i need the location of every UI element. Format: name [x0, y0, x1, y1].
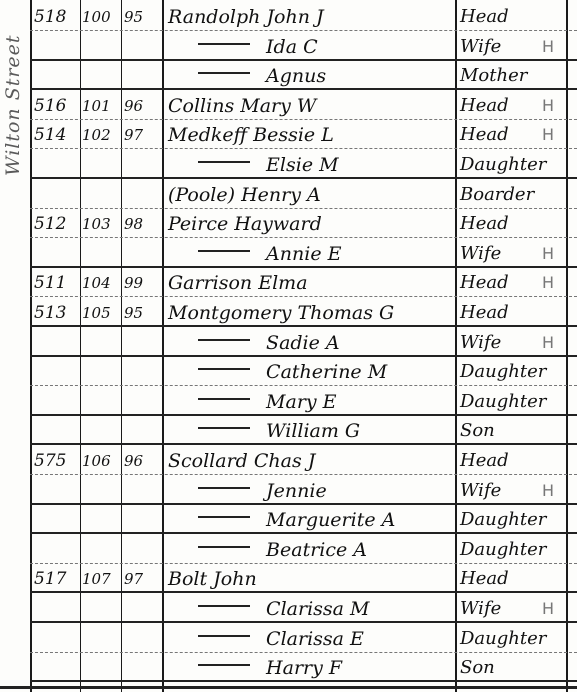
relation: Head — [460, 448, 552, 474]
person-name: Clarissa E — [168, 626, 483, 652]
person-name: Agnus — [168, 63, 483, 89]
relation: Daughter — [460, 359, 552, 385]
ditto-mark — [198, 546, 250, 548]
relation: Daughter — [460, 626, 552, 652]
family-number — [124, 626, 160, 652]
dwelling-number — [82, 182, 120, 208]
annotation-mark — [542, 152, 564, 178]
house-number — [34, 34, 80, 60]
family-number — [124, 478, 160, 504]
table-row: Clarissa E Daughter — [30, 624, 577, 653]
house-number — [34, 537, 80, 563]
person-name: Elsie M — [168, 152, 483, 178]
given-name: Ida C — [266, 36, 318, 58]
dwelling-number: 106 — [82, 448, 120, 474]
dwelling-number — [82, 241, 120, 267]
family-number: 96 — [124, 448, 160, 474]
bottom-rule — [0, 686, 577, 689]
dwelling-number: 107 — [82, 566, 120, 592]
house-number — [34, 596, 80, 622]
house-number — [34, 359, 80, 385]
given-name: Jennie — [266, 480, 327, 502]
table-row: Ida C Wife H — [30, 32, 577, 61]
house-number — [34, 418, 80, 444]
dwelling-number — [82, 626, 120, 652]
annotation-mark — [542, 537, 564, 563]
house-number: 514 — [34, 122, 80, 148]
house-number: 512 — [34, 211, 80, 237]
annotation-mark — [542, 211, 564, 237]
relation: Mother — [460, 63, 552, 89]
relation: Head — [460, 566, 552, 592]
given-name: Elsie M — [266, 154, 339, 176]
family-number: 95 — [124, 300, 160, 326]
table-row: Annie E Wife H — [30, 239, 577, 268]
table-row: Jennie Wife H — [30, 476, 577, 505]
house-number: 513 — [34, 300, 80, 326]
family-number: 99 — [124, 270, 160, 296]
annotation-mark: H — [542, 122, 564, 148]
ditto-mark — [198, 339, 250, 341]
person-name: Scollard Chas J — [168, 448, 453, 474]
family-number: 97 — [124, 566, 160, 592]
dwelling-number — [82, 537, 120, 563]
table-row: Marguerite A Daughter — [30, 505, 577, 534]
surname: Collins — [168, 95, 234, 117]
annotation-mark — [542, 655, 564, 681]
surname: Montgomery — [168, 302, 291, 324]
annotation-mark — [542, 389, 564, 415]
annotation-mark: H — [542, 93, 564, 119]
ditto-mark — [198, 605, 250, 607]
given-name: Catherine M — [266, 361, 387, 383]
surname: Garrison — [168, 272, 252, 294]
annotation-mark: H — [542, 241, 564, 267]
person-name: William G — [168, 418, 483, 444]
ditto-mark — [198, 398, 250, 400]
relation: Head — [460, 4, 552, 30]
surname: Randolph — [168, 6, 260, 28]
dwelling-number — [82, 152, 120, 178]
person-name: Annie E — [168, 241, 483, 267]
given-name: Mary E — [266, 391, 337, 413]
house-number — [34, 241, 80, 267]
table-row: Agnus Mother — [30, 61, 577, 90]
table-row: 518 100 95 Randolph John J Head — [30, 2, 577, 31]
house-number — [34, 655, 80, 681]
annotation-mark — [542, 507, 564, 533]
family-number — [124, 330, 160, 356]
house-number — [34, 507, 80, 533]
table-row: William G Son — [30, 416, 577, 445]
ditto-mark — [198, 427, 250, 429]
family-number — [124, 34, 160, 60]
house-number — [34, 626, 80, 652]
family-number — [124, 389, 160, 415]
annotation-mark — [542, 566, 564, 592]
given-name: Chas J — [254, 450, 316, 472]
table-row: 517 107 97 Bolt John Head — [30, 564, 577, 593]
person-name: (Poole) Henry A — [168, 182, 453, 208]
given-name: Clarissa E — [266, 628, 364, 650]
dwelling-number — [82, 507, 120, 533]
given-name: Annie E — [266, 243, 341, 265]
person-name: Bolt John — [168, 566, 453, 592]
dwelling-number — [82, 359, 120, 385]
given-name: Marguerite A — [266, 509, 395, 531]
relation: Son — [460, 418, 552, 444]
row-rule — [30, 680, 577, 682]
annotation-mark: H — [542, 330, 564, 356]
table-row: Clarissa M Wife H — [30, 594, 577, 623]
dwelling-number — [82, 596, 120, 622]
person-name: Peirce Hayward — [168, 211, 453, 237]
given-name: Bessie L — [253, 124, 334, 146]
ditto-mark — [198, 368, 250, 370]
given-name: John J — [266, 6, 323, 28]
table-row: 514 102 97 Medkeff Bessie L Head H — [30, 120, 577, 149]
given-name: Beatrice A — [266, 539, 367, 561]
house-number — [34, 330, 80, 356]
relation: Boarder — [460, 182, 552, 208]
person-name: Randolph John J — [168, 4, 453, 30]
family-number — [124, 63, 160, 89]
surname: Scollard — [168, 450, 248, 472]
table-row: Harry F Son — [30, 653, 577, 682]
house-number — [34, 182, 80, 208]
family-number: 95 — [124, 4, 160, 30]
family-number — [124, 507, 160, 533]
given-name: Henry A — [241, 184, 321, 206]
ditto-mark — [198, 72, 250, 74]
person-name: Marguerite A — [168, 507, 483, 533]
annotation-mark — [542, 63, 564, 89]
census-sheet: Wilton Street 518 100 95 Randolph John J… — [0, 0, 577, 692]
dwelling-number: 105 — [82, 300, 120, 326]
dwelling-number — [82, 478, 120, 504]
relation: Daughter — [460, 507, 552, 533]
person-name: Montgomery Thomas G — [168, 300, 453, 326]
dwelling-number — [82, 655, 120, 681]
person-name: Collins Mary W — [168, 93, 453, 119]
house-number: 518 — [34, 4, 80, 30]
ditto-mark — [198, 250, 250, 252]
house-number: 517 — [34, 566, 80, 592]
given-name: Sadie A — [266, 332, 340, 354]
person-name: Medkeff Bessie L — [168, 122, 453, 148]
person-name: Ida C — [168, 34, 483, 60]
family-number: 98 — [124, 211, 160, 237]
ditto-mark — [198, 516, 250, 518]
house-number — [34, 478, 80, 504]
family-number — [124, 152, 160, 178]
relation: Daughter — [460, 389, 552, 415]
relation: Daughter — [460, 152, 552, 178]
relation: Head — [460, 300, 552, 326]
annotation-mark — [542, 626, 564, 652]
dwelling-number: 102 — [82, 122, 120, 148]
dwelling-number — [82, 34, 120, 60]
relation: Wife — [460, 596, 552, 622]
annotation-mark — [542, 359, 564, 385]
ditto-mark — [198, 487, 250, 489]
family-number — [124, 655, 160, 681]
person-name: Harry F — [168, 655, 483, 681]
house-number: 516 — [34, 93, 80, 119]
person-name: Mary E — [168, 389, 483, 415]
family-number — [124, 359, 160, 385]
relation: Wife — [460, 478, 552, 504]
given-name: William G — [266, 420, 360, 442]
ditto-mark — [198, 635, 250, 637]
given-name: Harry F — [266, 657, 342, 679]
house-number — [34, 63, 80, 89]
surname: Medkeff — [168, 124, 247, 146]
house-number: 575 — [34, 448, 80, 474]
person-name: Clarissa M — [168, 596, 483, 622]
family-number — [124, 182, 160, 208]
person-name: Jennie — [168, 478, 483, 504]
table-row: (Poole) Henry A Boarder — [30, 180, 577, 209]
dwelling-number: 100 — [82, 4, 120, 30]
relation: Son — [460, 655, 552, 681]
given-name: Clarissa M — [266, 598, 369, 620]
table-row: 512 103 98 Peirce Hayward Head — [30, 209, 577, 238]
relation: Wife — [460, 330, 552, 356]
person-name: Garrison Elma — [168, 270, 453, 296]
relation: Head — [460, 270, 552, 296]
family-number: 96 — [124, 93, 160, 119]
family-number — [124, 596, 160, 622]
table-row: Elsie M Daughter — [30, 150, 577, 179]
annotation-mark — [542, 300, 564, 326]
dwelling-number: 101 — [82, 93, 120, 119]
dwelling-number: 104 — [82, 270, 120, 296]
table-row: Beatrice A Daughter — [30, 535, 577, 564]
person-name: Beatrice A — [168, 537, 483, 563]
annotation-mark: H — [542, 270, 564, 296]
given-name: Mary W — [240, 95, 316, 117]
family-number — [124, 537, 160, 563]
dwelling-number — [82, 63, 120, 89]
relation: Daughter — [460, 537, 552, 563]
annotation-mark — [542, 182, 564, 208]
family-number — [124, 241, 160, 267]
dwelling-number — [82, 418, 120, 444]
table-row: 513 105 95 Montgomery Thomas G Head — [30, 298, 577, 327]
ditto-mark — [198, 161, 250, 163]
house-number — [34, 152, 80, 178]
dwelling-number — [82, 389, 120, 415]
relation: Wife — [460, 34, 552, 60]
house-number: 511 — [34, 270, 80, 296]
table-row: 516 101 96 Collins Mary W Head H — [30, 91, 577, 120]
given-name: Hayward — [234, 213, 321, 235]
dwelling-number: 103 — [82, 211, 120, 237]
house-number — [34, 389, 80, 415]
annotation-mark: H — [542, 34, 564, 60]
person-name: Catherine M — [168, 359, 483, 385]
ditto-mark — [198, 664, 250, 666]
person-name: Sadie A — [168, 330, 483, 356]
street-margin-label: Wilton Street — [2, 0, 28, 210]
table-row: 575 106 96 Scollard Chas J Head — [30, 446, 577, 475]
family-number — [124, 418, 160, 444]
dwelling-number — [82, 330, 120, 356]
table-row: 511 104 99 Garrison Elma Head H — [30, 268, 577, 297]
relation: Head — [460, 122, 552, 148]
annotation-mark — [542, 418, 564, 444]
surname: Peirce — [168, 213, 228, 235]
ditto-mark — [198, 43, 250, 45]
given-name: Thomas G — [298, 302, 395, 324]
annotation-mark: H — [542, 478, 564, 504]
relation: Wife — [460, 241, 552, 267]
table-row: Mary E Daughter — [30, 387, 577, 416]
given-name: Elma — [258, 272, 307, 294]
annotation-mark: H — [542, 596, 564, 622]
table-row: Sadie A Wife H — [30, 328, 577, 357]
annotation-mark — [542, 448, 564, 474]
relation: Head — [460, 93, 552, 119]
table-row: Catherine M Daughter — [30, 357, 577, 386]
surname: Bolt — [168, 568, 207, 590]
given-name: Agnus — [266, 65, 326, 87]
annotation-mark — [542, 4, 564, 30]
relation: Head — [460, 211, 552, 237]
surname: (Poole) — [168, 184, 235, 206]
family-number: 97 — [124, 122, 160, 148]
given-name: John — [213, 568, 257, 590]
